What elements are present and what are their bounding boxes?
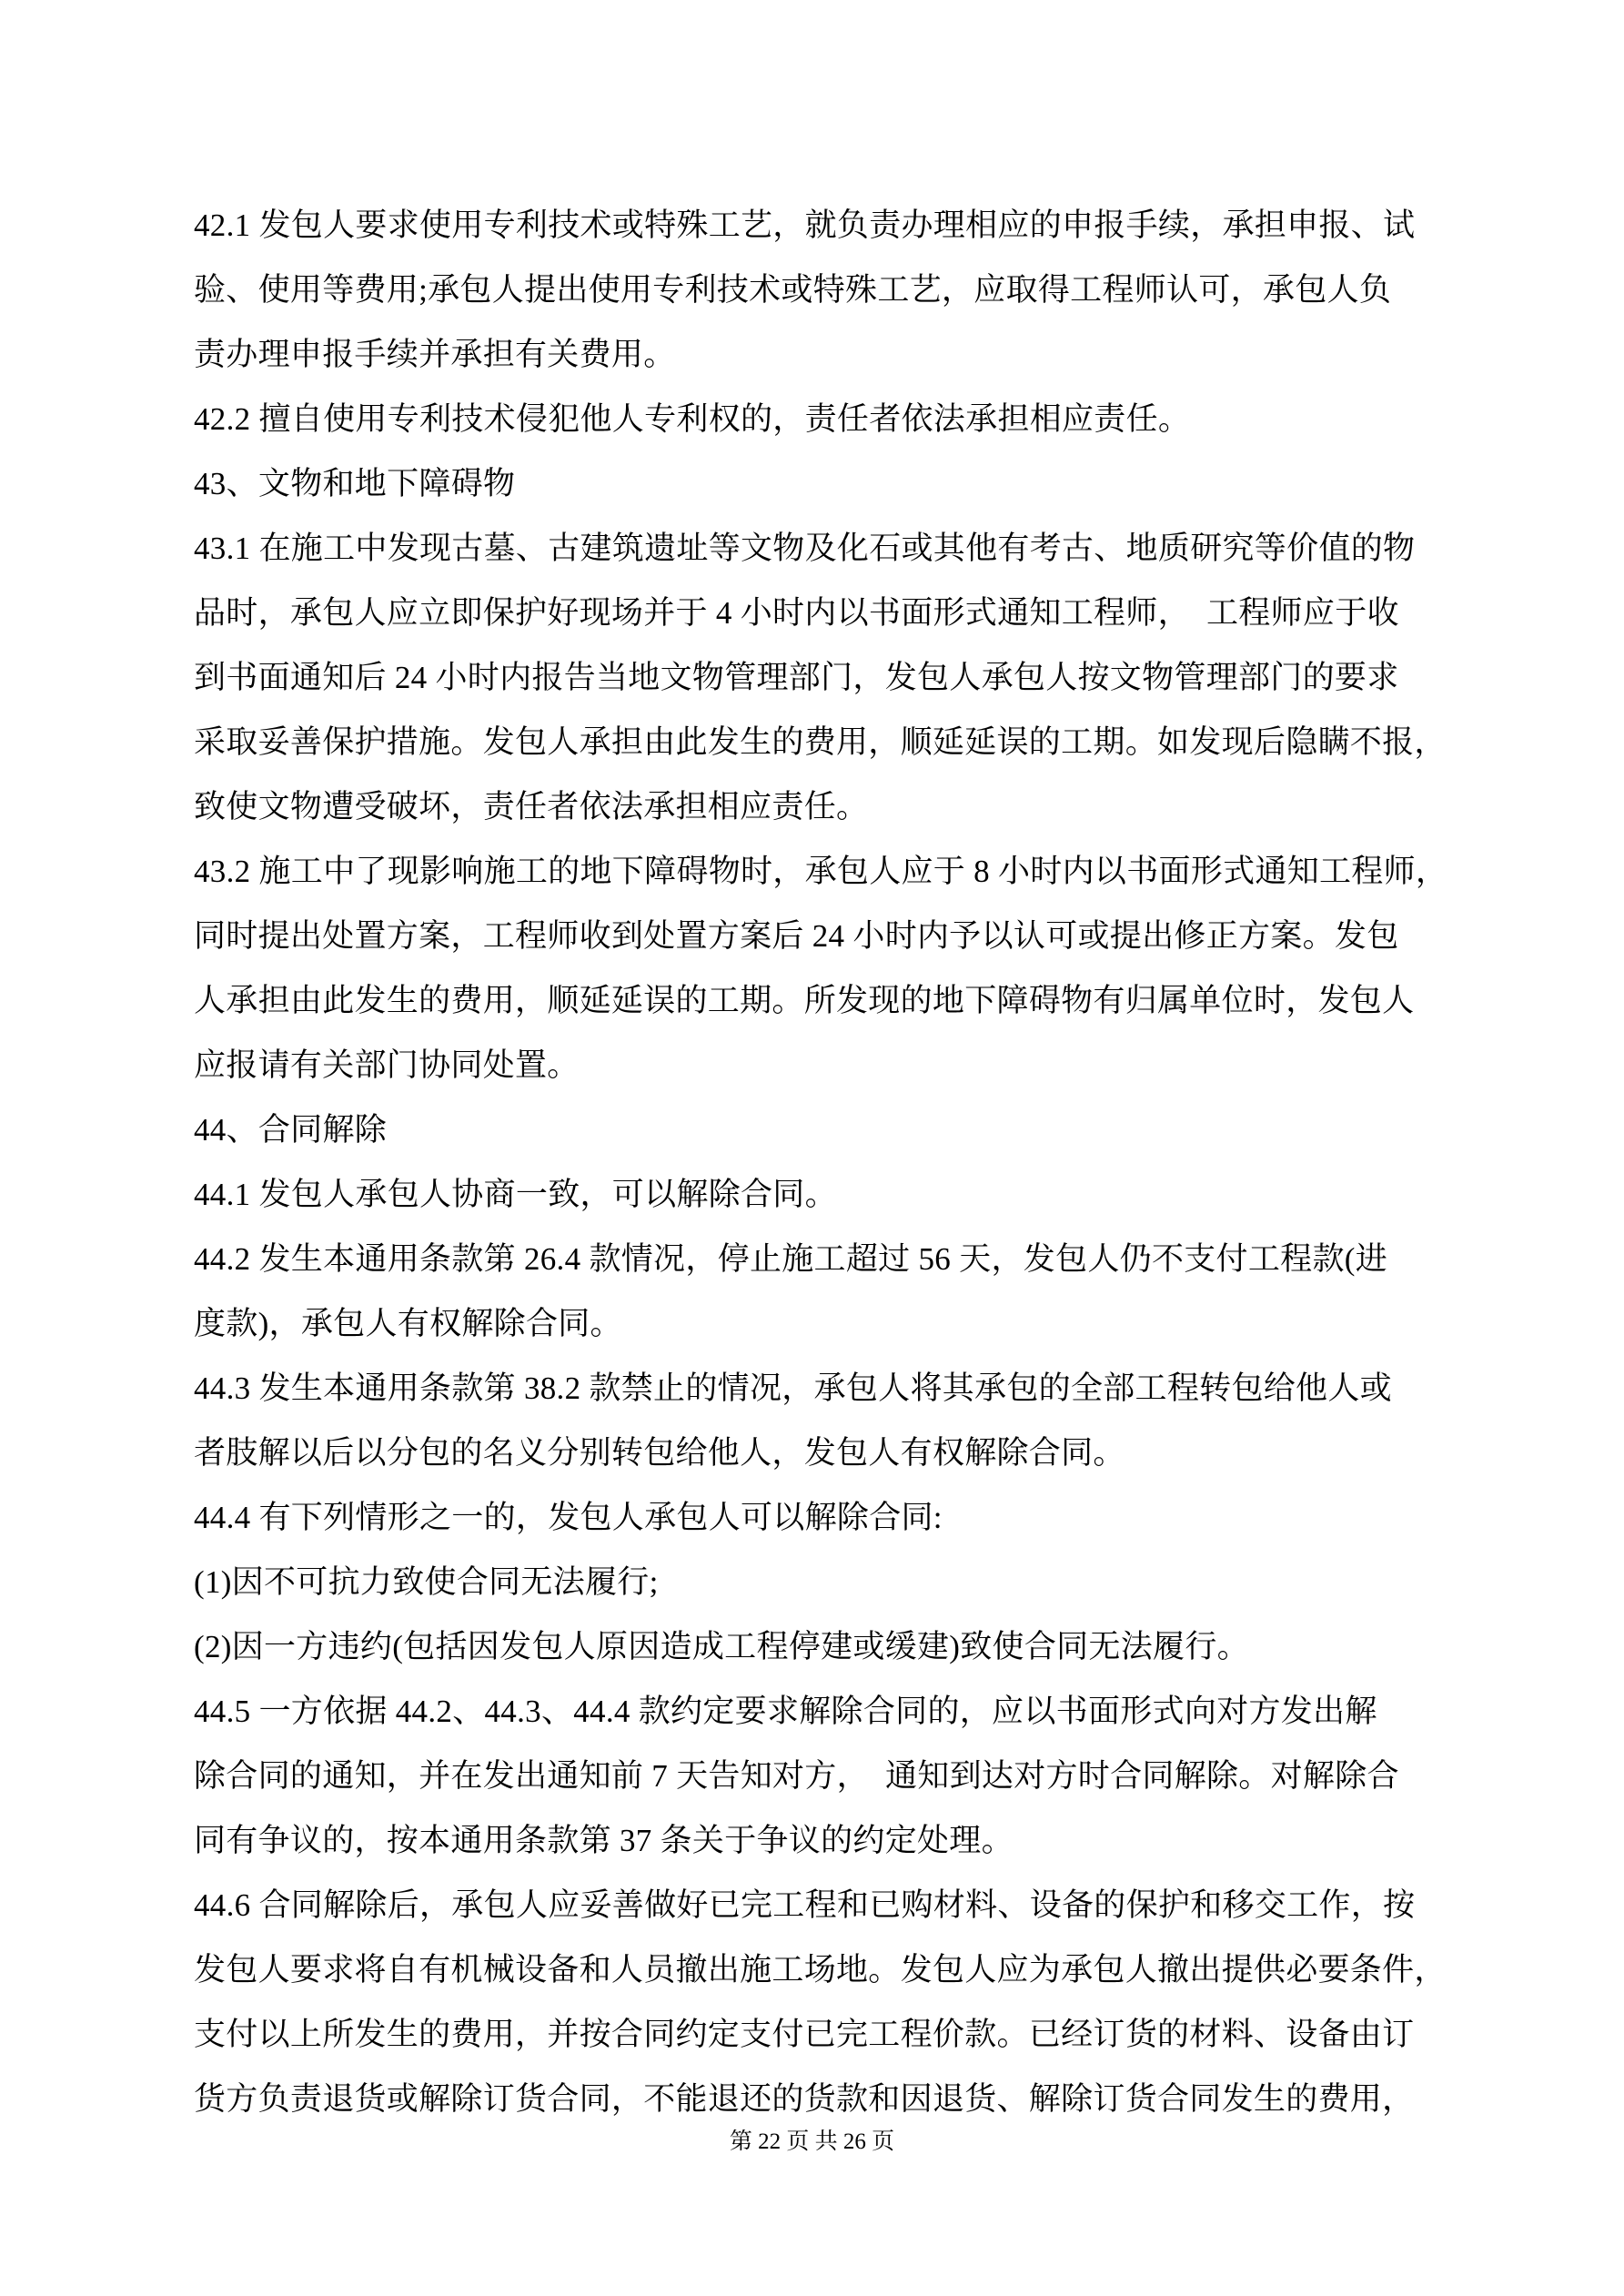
text-line: 支付以上所发生的费用，并按合同约定支付已完工程价款。已经订货的材料、设备由订 bbox=[194, 2002, 1433, 2067]
text-line: 应报请有关部门协同处置。 bbox=[194, 1033, 1433, 1097]
text-line: 43.1 在施工中发现古墓、古建筑遗址等文物及化石或其他有考古、地质研究等价值的… bbox=[194, 516, 1433, 581]
text-line: 度款)，承包人有权解除合同。 bbox=[194, 1291, 1433, 1356]
text-line: 同有争议的，按本通用条款第 37 条关于争议的约定处理。 bbox=[194, 1808, 1433, 1873]
text-line: 者肢解以后以分包的名义分别转包给他人，发包人有权解除合同。 bbox=[194, 1421, 1433, 1485]
text-line: 44.6 合同解除后，承包人应妥善做好已完工程和已购材料、设备的保护和移交工作，… bbox=[194, 1873, 1433, 1937]
section-heading-line: 43、文物和地下障碍物 bbox=[194, 451, 1433, 516]
text-line: 44.1 发包人承包人协商一致，可以解除合同。 bbox=[194, 1162, 1433, 1227]
text-line: 44.5 一方依据 44.2、44.3、44.4 款约定要求解除合同的，应以书面… bbox=[194, 1679, 1433, 1744]
contract-text: 42.1 发包人要求使用专利技术或特殊工艺，就负责办理相应的申报手续，承担申报、… bbox=[194, 193, 1433, 2131]
text-line: 货方负责退货或解除订货合同，不能退还的货款和因退货、解除订货合同发生的费用， bbox=[194, 2067, 1433, 2131]
text-line: 42.1 发包人要求使用专利技术或特殊工艺，就负责办理相应的申报手续，承担申报、… bbox=[194, 193, 1433, 258]
text-line: 致使文物遭受破坏，责任者依法承担相应责任。 bbox=[194, 774, 1433, 839]
text-line: 责办理申报手续并承担有关费用。 bbox=[194, 322, 1433, 387]
text-line: 42.2 擅自使用专利技术侵犯他人专利权的，责任者依法承担相应责任。 bbox=[194, 387, 1433, 451]
text-line: 到书面通知后 24 小时内报告当地文物管理部门，发包人承包人按文物管理部门的要求 bbox=[194, 645, 1433, 710]
text-line: 人承担由此发生的费用，顺延延误的工期。所发现的地下障碍物有归属单位时，发包人 bbox=[194, 968, 1433, 1033]
text-line: 验、使用等费用;承包人提出使用专利技术或特殊工艺，应取得工程师认可，承包人负 bbox=[194, 258, 1433, 322]
section-heading-line: 44、合同解除 bbox=[194, 1097, 1433, 1162]
list-item-line: (1)因不可抗力致使合同无法履行; bbox=[194, 1550, 1433, 1614]
list-item-line: (2)因一方违约(包括因发包人原因造成工程停建或缓建)致使合同无法履行。 bbox=[194, 1614, 1433, 1679]
text-line: 发包人要求将自有机械设备和人员撤出施工场地。发包人应为承包人撤出提供必要条件， bbox=[194, 1937, 1433, 2002]
text-line: 44.3 发生本通用条款第 38.2 款禁止的情况，承包人将其承包的全部工程转包… bbox=[194, 1356, 1433, 1421]
document-page: 42.1 发包人要求使用专利技术或特殊工艺，就负责办理相应的申报手续，承担申报、… bbox=[0, 0, 1624, 2296]
text-line: 品时，承包人应立即保护好现场并于 4 小时内以书面形式通知工程师， 工程师应于收 bbox=[194, 581, 1433, 645]
text-line: 除合同的通知，并在发出通知前 7 天告知对方， 通知到达对方时合同解除。对解除合 bbox=[194, 1744, 1433, 1808]
text-line: 同时提出处置方案，工程师收到处置方案后 24 小时内予以认可或提出修正方案。发包 bbox=[194, 904, 1433, 968]
text-line: 44.2 发生本通用条款第 26.4 款情况，停止施工超过 56 天，发包人仍不… bbox=[194, 1227, 1433, 1291]
page-footer: 第 22 页 共 26 页 bbox=[0, 2128, 1624, 2157]
text-line: 44.4 有下列情形之一的，发包人承包人可以解除合同: bbox=[194, 1485, 1433, 1550]
text-line: 43.2 施工中了现影响施工的地下障碍物时，承包人应于 8 小时内以书面形式通知… bbox=[194, 839, 1433, 904]
text-line: 采取妥善保护措施。发包人承担由此发生的费用，顺延延误的工期。如发现后隐瞒不报， bbox=[194, 710, 1433, 774]
